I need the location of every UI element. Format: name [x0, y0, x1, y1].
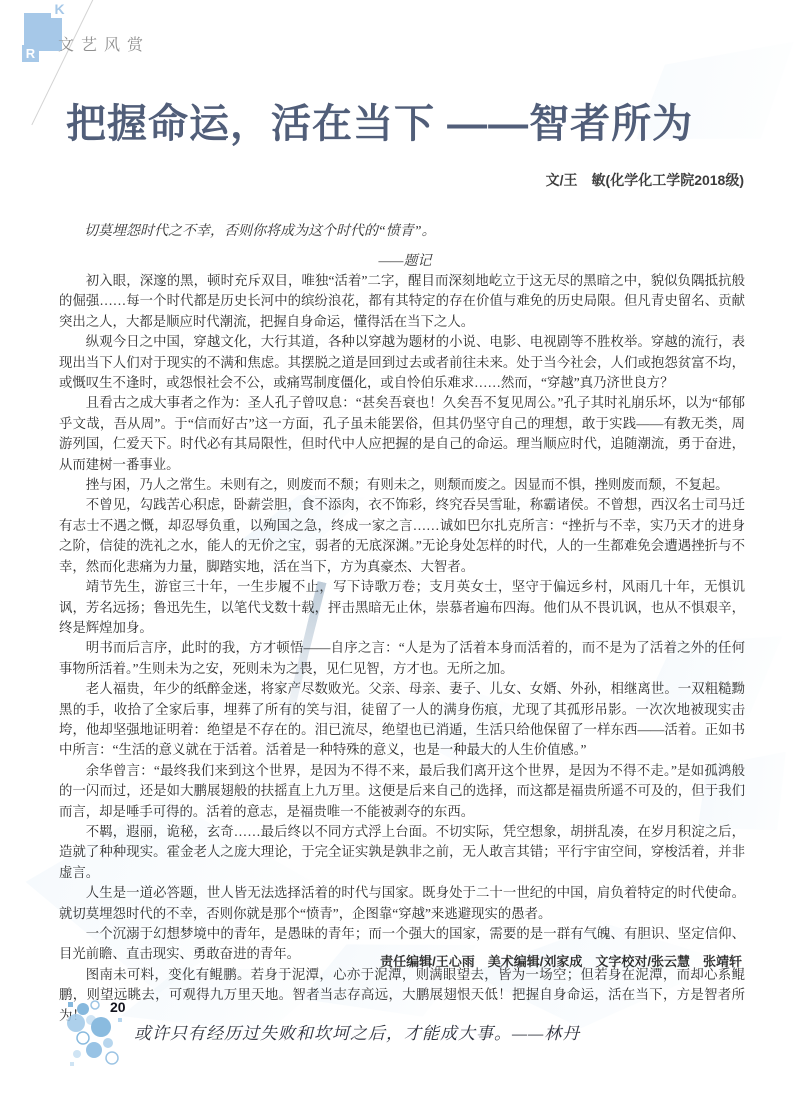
article-paragraph: 挫与困，乃人之常生。未则有之，则废而不颓；有则未之，则颓而废之。因显而不惧，挫则…	[59, 475, 745, 495]
article-byline: 文/王 敏(化学化工学院2018级)	[546, 170, 744, 190]
article-body: 初入眼，深邃的黑，顿时充斥双目，唯独“活着”二字，醒目而深刻地屹立于这无尽的黑暗…	[59, 271, 745, 1026]
article-paragraph: 靖节先生，游宦三十年，一生步履不止，写下诗歌万卷；支月英女士，坚守于偏远乡村，风…	[59, 577, 745, 638]
article-paragraph: 纵观今日之中国，穿越文化，大行其道，各种以穿越为题材的小说、电影、电视剧等不胜枚…	[59, 332, 745, 393]
page-number: 20	[110, 999, 126, 1015]
magazine-page: K R 文艺风赏 把握命运，活在当下 ——智者所为 文/王 敏(化学化工学院20…	[0, 0, 804, 1099]
article-paragraph: 人生是一道必答题，世人皆无法选择活着的时代与国家。既身处于二十一世纪的中国，肩负…	[59, 883, 745, 924]
epigraph-text: 切莫埋怨时代之不幸，否则你将成为这个时代的“愤青”。	[84, 220, 726, 240]
article-paragraph: 初入眼，深邃的黑，顿时充斥双目，唯独“活着”二字，醒目而深刻地屹立于这无尽的黑暗…	[59, 271, 745, 332]
article-title: 把握命运，活在当下 ——智者所为	[66, 92, 693, 149]
article-paragraph: 明书而后言序，此时的我，方才顿悟——自序之言：“人是为了活着本身而活着的，而不是…	[59, 638, 745, 679]
epigraph-attribution: ——题记	[84, 250, 726, 270]
section-label: 文艺风赏	[58, 32, 150, 55]
editor-credits: 责任编辑/王心雨 美术编辑/刘家成 文字校对/张云慧 张靖轩	[380, 951, 742, 970]
article-paragraph: 图南未可料，变化有鲲鹏。若身于泥潭，心亦于泥潭，则满眼望去，皆为一场空；但若身在…	[59, 965, 745, 1026]
article-paragraph: 不曾见，勾践苦心积虑，卧薪尝胆，食不添肉，衣不饰彩，终究吞吴雪耻，称霸诸侯。不曾…	[59, 495, 745, 577]
epigraph: 切莫埋怨时代之不幸，否则你将成为这个时代的“愤青”。 ——题记	[84, 220, 726, 270]
magazine-logo: K R	[24, 13, 62, 51]
article-paragraph: 老人福贵，年少的纸醉金迷，将家产尽数败光。父亲、母亲、妻子、儿女、女婿、外孙，相…	[59, 679, 745, 761]
footer-quote: 或许只有经历过失败和坎坷之后，才能成大事。——林丹	[134, 1019, 580, 1044]
article-paragraph: 不羁，遐丽，诡秘，玄奇……最后终以不同方式浮上台面。不切实际，凭空想象，胡拼乱凑…	[59, 822, 745, 883]
article-paragraph: 余华曾言：“最终我们来到这个世界，是因为不得不来，最后我们离开这个世界，是因为不…	[59, 761, 745, 822]
logo-letter-r: R	[22, 45, 39, 62]
article-paragraph: 且看古之成大事者之作为：圣人孔子曾叹息：“甚矣吾衰也！久矣吾不复见周公。”孔子其…	[59, 393, 745, 475]
logo-letter-k: K	[51, 1, 68, 18]
